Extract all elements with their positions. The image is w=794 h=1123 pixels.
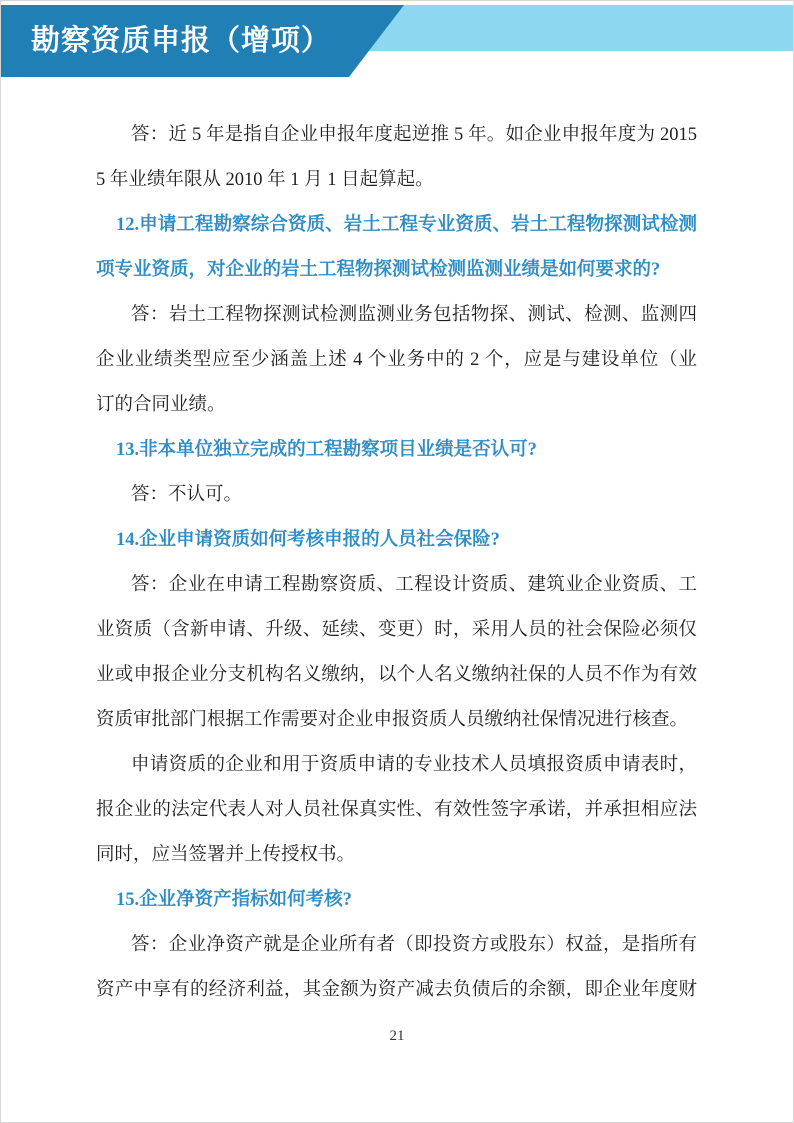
- answer-line: 资质审批部门根据工作需要对企业申报资质人员缴纳社保情况进行核查。: [96, 698, 697, 743]
- page-footer: 21: [1, 1027, 793, 1045]
- answer-line: 报企业的法定代表人对人员社保真实性、有效性签字承诺，并承担相应法律责任。: [96, 788, 697, 833]
- answer-line: 资产中享有的经济利益，其金额为资产减去负债后的余额，即企业年度财务报表中: [96, 968, 697, 1013]
- answer-line: 申请资质的企业和用于资质申请的专业技术人员填报资质申请表时，由资质申: [96, 743, 697, 788]
- question-line: 14.企业申请资质如何考核申报的人员社会保险?: [96, 518, 697, 563]
- answer-line: 订的合同业绩。: [96, 383, 697, 428]
- answer-line: 答：近 5 年是指自企业申报年度起逆推 5 年。如企业申报年度为 2015 年，…: [96, 113, 697, 158]
- answer-line: 答：不认可。: [96, 473, 697, 518]
- answer-line: 业或申报企业分支机构名义缴纳，以个人名义缴纳社保的人员不作为有效人员认定。: [96, 653, 697, 698]
- document-body: 答：近 5 年是指自企业申报年度起逆推 5 年。如企业申报年度为 2015 年，…: [96, 113, 697, 1013]
- answer-line: 答：岩土工程物探测试检测监测业务包括物探、测试、检测、监测四个业务，: [96, 293, 697, 338]
- answer-line: 5 年业绩年限从 2010 年 1 月 1 日起算起。: [96, 158, 697, 203]
- answer-line: 业资质（含新申请、升级、延续、变更）时，采用人员的社会保险必须仅由申报企: [96, 608, 697, 653]
- answer-line: 答：企业在申请工程勘察资质、工程设计资质、建筑业企业资质、工程监理企: [96, 563, 697, 608]
- page-number: 21: [390, 1028, 405, 1044]
- answer-line: 答：企业净资产就是企业所有者（即投资方或股东）权益，是指所有者在企业: [96, 923, 697, 968]
- banner-dark-shape: 勘察资质申报（增项）: [1, 5, 431, 77]
- page-title: 勘察资质申报（增项）: [1, 5, 431, 77]
- answer-line: 同时，应当签署并上传授权书。: [96, 833, 697, 878]
- question-line: 项专业资质，对企业的岩土工程物探测试检测监测业绩是如何要求的?: [96, 248, 697, 293]
- question-line: 12.申请工程勘察综合资质、岩土工程专业资质、岩土工程物探测试检测监测分: [96, 203, 697, 248]
- question-line: 15.企业净资产指标如何考核?: [96, 878, 697, 923]
- document-page: 勘察资质申报（增项） 答：近 5 年是指自企业申报年度起逆推 5 年。如企业申报…: [0, 0, 794, 1123]
- answer-line: 企业业绩类型应至少涵盖上述 4 个业务中的 2 个，应是与建设单位（业主）独立签: [96, 338, 697, 383]
- question-line: 13.非本单位独立完成的工程勘察项目业绩是否认可?: [96, 428, 697, 473]
